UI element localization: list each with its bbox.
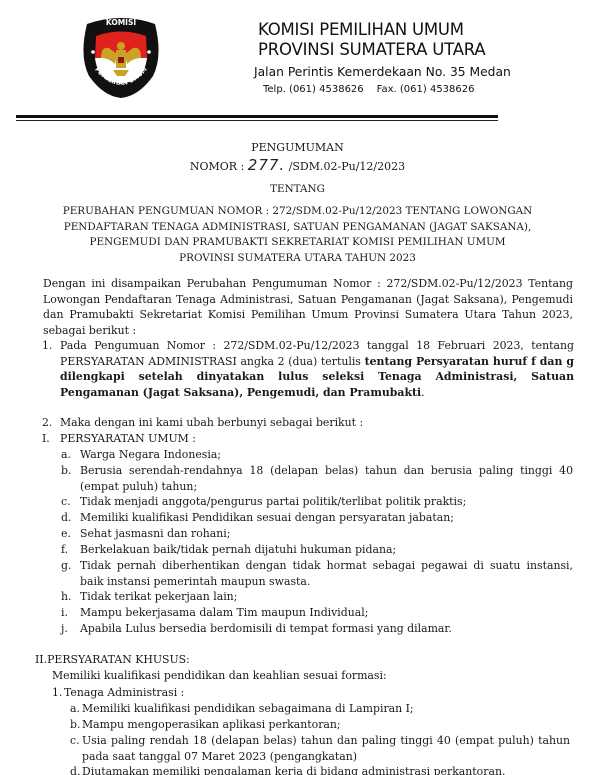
group-tenaga-administrasi: 1. Tenaga Administrasi :	[52, 685, 184, 701]
list-item: h.Tidak terikat pekerjaan lain;	[61, 589, 573, 605]
doc-number: NOMOR : 277. /SDM.02-Pu/12/2023	[0, 156, 595, 174]
org-line2: PROVINSI SUMATERA UTARA	[258, 40, 485, 60]
list-item: i.Mampu bekerjasama dalam Tim maupun Ind…	[61, 605, 573, 621]
org-contact: Telp. (061) 4538626Fax. (061) 4538626	[263, 84, 475, 95]
list-item: e.Sehat jasmasni dan rohani;	[61, 526, 573, 542]
list-item: c.Usia paling rendah 18 (delapan belas) …	[70, 733, 570, 764]
doc-title: PERUBAHAN PENGUMUAN NOMOR : 272/SDM.02-P…	[0, 204, 595, 266]
section-persyaratan-khusus: II.PERSYARATAN KHUSUS:	[35, 652, 190, 668]
list-item: a.Memiliki kualifikasi pendidikan sebaga…	[70, 701, 570, 717]
list-item: b.Mampu mengoperasikan aplikasi perkanto…	[70, 717, 570, 733]
list-item: d.Diutamakan memiliki pengalaman kerja d…	[70, 764, 570, 775]
kpu-logo: KOMISI PEMILIHAN UMUM	[79, 14, 163, 98]
list-item: f.Berkelakuan baik/tidak pernah dijatuhi…	[61, 542, 573, 558]
list-item: a.Warga Negara Indonesia;	[61, 447, 573, 463]
point-2: 2. Maka dengan ini kami ubah berbunyi se…	[42, 415, 363, 431]
letterhead-rule	[16, 115, 498, 118]
org-line1: KOMISI PEMILIHAN UMUM	[258, 20, 485, 40]
org-address: Jalan Perintis Kemerdekaan No. 35 Medan	[254, 65, 511, 79]
tentang-label: TENTANG	[0, 183, 595, 195]
section-khusus-subtitle: Memiliki kualifikasi pendidikan dan keah…	[52, 668, 387, 684]
point-1: 1. Pada Pengumuan Nomor : 272/SDM.02-Pu/…	[42, 338, 574, 400]
telp: Telp. (061) 4538626	[263, 84, 364, 95]
kpu-garuda-emblem-icon: KOMISI PEMILIHAN UMUM	[79, 14, 163, 98]
handwritten-number: 277.	[248, 156, 285, 174]
list-item: b.Berusia serendah-rendahnya 18 (delapan…	[61, 463, 573, 494]
section-persyaratan-umum: I. PERSYARATAN UMUM :	[42, 431, 196, 447]
doc-type: PENGUMUMAN	[0, 141, 595, 154]
list-item: d.Memiliki kualifikasi Pendidikan sesuai…	[61, 510, 573, 526]
intro-paragraph: Dengan ini disampaikan Perubahan Pengumu…	[43, 276, 573, 338]
letterhead-rule-thin	[16, 120, 498, 121]
org-name: KOMISI PEMILIHAN UMUM PROVINSI SUMATERA …	[258, 20, 485, 60]
list-item: g.Tidak pernah diberhentikan dengan tida…	[61, 558, 573, 589]
list-item: j.Apabila Lulus bersedia berdomisili di …	[61, 621, 573, 637]
svg-text:KOMISI: KOMISI	[106, 18, 137, 27]
fax: Fax. (061) 4538626	[377, 84, 475, 95]
list-item: c.Tidak menjadi anggota/pengurus partai …	[61, 494, 573, 510]
